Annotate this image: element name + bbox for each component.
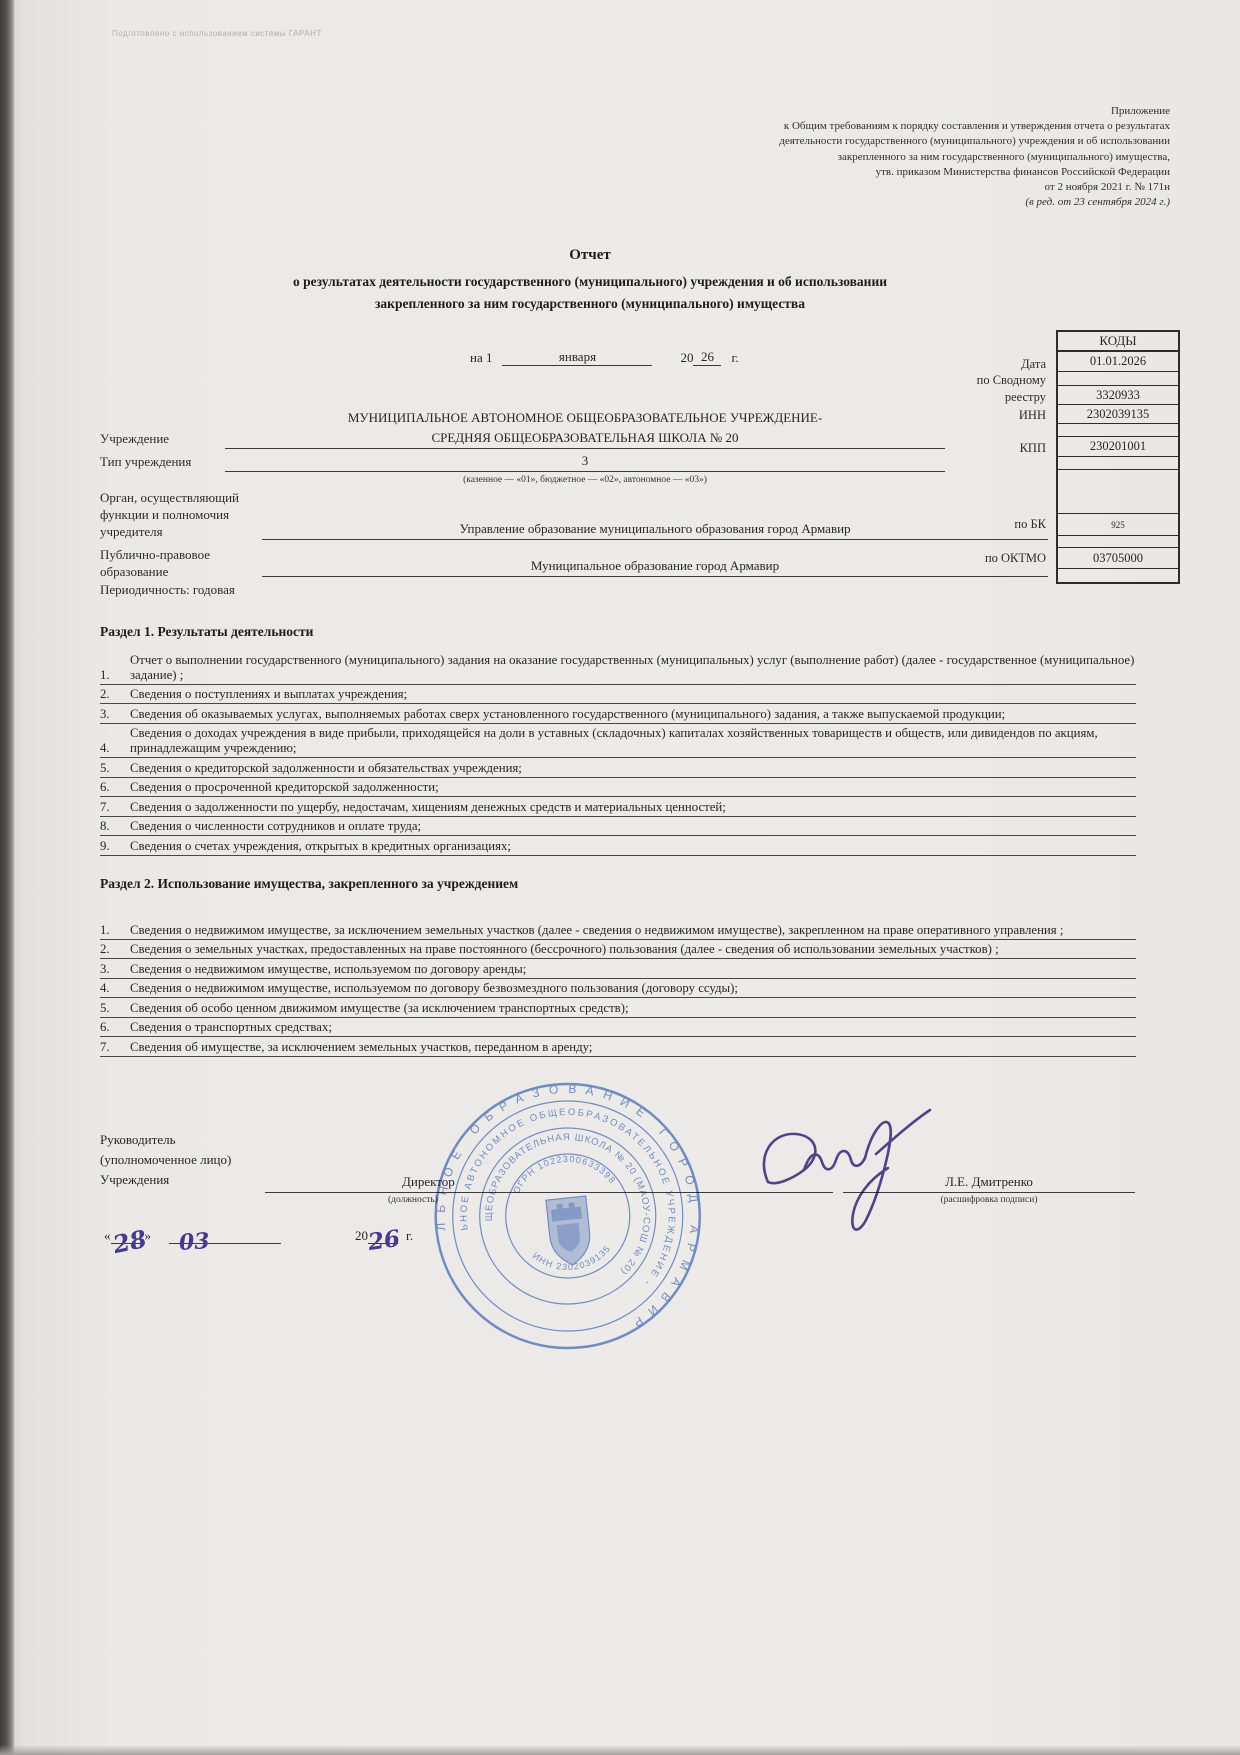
garant-system-note: Подготовлено с использованием системы ГА… <box>112 29 322 38</box>
institution-label: Учреждение <box>100 431 169 447</box>
appendix-line: деятельности государственного (муниципал… <box>779 134 1170 149</box>
stamp-coat-of-arms <box>546 1196 593 1267</box>
periodicity-note: Периодичность: годовая <box>100 582 235 598</box>
title-line-3: закрепленного за ним государственного (м… <box>90 293 1090 315</box>
signature-month-field: 03 <box>169 1243 281 1244</box>
list-item: 1.Сведения о недвижимом имуществе, за ис… <box>100 920 1136 940</box>
item-text: Сведения о просроченной кредиторской зад… <box>130 780 1136 795</box>
item-number: 7. <box>100 800 130 815</box>
codes-label-date: Дата <box>1021 357 1046 372</box>
codes-value-registry: 3320933 <box>1058 386 1178 405</box>
codes-empty-row <box>1058 569 1178 582</box>
signatory-role-line3: Учреждения <box>100 1170 169 1190</box>
list-item: 5.Сведения об особо ценном движимом имущ… <box>100 998 1136 1018</box>
appendix-edition-note: (в ред. от 23 сентября 2024 г.) <box>779 195 1170 210</box>
founder-value: Управление образование муниципального об… <box>262 521 1048 540</box>
item-number: 4. <box>100 981 130 996</box>
item-text: Сведения о земельных участках, предостав… <box>130 942 1136 957</box>
signature-date-row: « 28 » 03 20 26 г. <box>104 1228 413 1244</box>
institution-value-line1: МУНИЦИПАЛЬНОЕ АВТОНОМНОЕ ОБЩЕОБРАЗОВАТЕЛ… <box>225 410 945 426</box>
codes-empty-row <box>1058 372 1178 386</box>
scan-bottom-shadow <box>0 1745 1240 1755</box>
handwritten-signature <box>752 1104 942 1244</box>
codes-label-registry2: реестру <box>1005 390 1046 405</box>
report-date-line: на 1 января 20 26 г. <box>470 349 739 366</box>
date-prefix: на 1 <box>470 350 492 366</box>
codes-header: КОДЫ <box>1056 330 1180 352</box>
section2-heading: Раздел 2. Использование имущества, закре… <box>100 876 518 892</box>
appendix-block: Приложение к Общим требованиям к порядку… <box>779 104 1170 210</box>
list-item: 1.Отчет о выполнении государственного (м… <box>100 650 1136 685</box>
appendix-line: Приложение <box>779 104 1170 119</box>
signature-date-g: г. <box>406 1228 413 1244</box>
signature-stroke <box>876 1110 930 1154</box>
date-month: января <box>502 349 652 366</box>
signatory-role-line2: (уполномоченное лицо) <box>100 1150 231 1170</box>
item-number: 1. <box>100 923 130 938</box>
appendix-line: утв. приказом Министерства финансов Росс… <box>779 165 1170 180</box>
signature-year-field: 26 <box>368 1243 398 1244</box>
list-item: 4.Сведения о недвижимом имуществе, испол… <box>100 979 1136 999</box>
appendix-line: закрепленного за ним государственного (м… <box>779 150 1170 165</box>
item-text: Сведения о недвижимом имуществе, использ… <box>130 962 1136 977</box>
section2-list: 1.Сведения о недвижимом имуществе, за ис… <box>100 920 1136 1057</box>
signatory-role-line1: Руководитель <box>100 1130 176 1150</box>
codes-value-bk: 925 <box>1058 514 1178 536</box>
founder-label-line1: Орган, осуществляющий <box>100 490 239 506</box>
codes-value-kpp: 230201001 <box>1058 437 1178 457</box>
item-text: Сведения об имуществе, за исключением зе… <box>130 1040 1136 1055</box>
item-number: 7. <box>100 1040 130 1055</box>
handwritten-year: 26 <box>366 1225 401 1256</box>
signature-day-field: 28 <box>111 1243 145 1244</box>
list-item: 7.Сведения о задолженности по ущербу, не… <box>100 797 1136 817</box>
item-number: 5. <box>100 761 130 776</box>
list-item: 9.Сведения о счетах учреждения, открытых… <box>100 836 1136 856</box>
item-text: Сведения о кредиторской задолженности и … <box>130 761 1136 776</box>
date-g: г. <box>731 350 738 366</box>
item-number: 3. <box>100 962 130 977</box>
item-text: Сведения о поступлениях и выплатах учреж… <box>130 687 1136 702</box>
item-text: Сведения о доходах учреждения в виде при… <box>130 726 1136 756</box>
section1-list: 1.Отчет о выполнении государственного (м… <box>100 650 1136 856</box>
founder-label-line3: учредителя <box>100 524 163 540</box>
codes-value-oktmo: 03705000 <box>1058 548 1178 569</box>
list-item: 3.Сведения о недвижимом имуществе, испол… <box>100 959 1136 979</box>
item-number: 8. <box>100 819 130 834</box>
list-item: 3.Сведения об оказываемых услугах, выпол… <box>100 704 1136 724</box>
founder-label-line2: функции и полномочия <box>100 507 229 523</box>
item-number: 1. <box>100 668 130 683</box>
appendix-line: к Общим требованиям к порядку составлени… <box>779 119 1170 134</box>
item-text: Сведения о недвижимом имуществе, использ… <box>130 981 1136 996</box>
item-text: Сведения об особо ценном движимом имущес… <box>130 1001 1136 1016</box>
item-text: Сведения об оказываемых услугах, выполня… <box>130 707 1136 722</box>
list-item: 2.Сведения о земельных участках, предост… <box>100 940 1136 960</box>
codes-value-inn: 2302039135 <box>1058 405 1178 424</box>
item-number: 9. <box>100 839 130 854</box>
document-title: Отчет о результатах деятельности государ… <box>90 247 1090 315</box>
list-item: 6.Сведения о просроченной кредиторской з… <box>100 778 1136 798</box>
date-year: 26 <box>693 349 721 366</box>
list-item: 7.Сведения об имуществе, за исключением … <box>100 1037 1136 1057</box>
handwritten-day: 28 <box>110 1224 149 1259</box>
stamp-svg: МУНИЦИПАЛЬНОЕ ОБРАЗОВАНИЕ ГОРОД АРМАВИР … <box>416 1064 719 1367</box>
codes-label-inn: ИНН <box>1019 408 1046 423</box>
item-text: Сведения о задолженности по ущербу, недо… <box>130 800 1136 815</box>
list-item: 6.Сведения о транспортных средствах; <box>100 1018 1136 1038</box>
signature-stroke <box>852 1122 890 1230</box>
item-number: 2. <box>100 942 130 957</box>
item-text: Сведения о транспортных средствах; <box>130 1020 1136 1035</box>
codes-body: 01.01.2026 3320933 2302039135 230201001 … <box>1056 350 1180 584</box>
title-line-2: о результатах деятельности государственн… <box>90 271 1090 293</box>
item-number: 5. <box>100 1001 130 1016</box>
list-item: 8.Сведения о численности сотрудников и о… <box>100 817 1136 837</box>
date-century: 20 <box>680 350 693 366</box>
item-text: Сведения о численности сотрудников и опл… <box>130 819 1136 834</box>
institution-type-label: Тип учреждения <box>100 454 191 470</box>
codes-label-registry1: по Сводному <box>977 373 1046 388</box>
public-entity-label-line1: Публично-правовое <box>100 547 210 563</box>
handwritten-month: 03 <box>178 1228 210 1256</box>
item-number: 3. <box>100 707 130 722</box>
item-text: Отчет о выполнении государственного (мун… <box>130 653 1136 683</box>
codes-value-date: 01.01.2026 <box>1058 352 1178 372</box>
list-item: 2.Сведения о поступлениях и выплатах учр… <box>100 685 1136 705</box>
item-number: 4. <box>100 741 130 756</box>
codes-empty-row <box>1058 536 1178 548</box>
section1-heading: Раздел 1. Результаты деятельности <box>100 624 313 640</box>
item-number: 6. <box>100 780 130 795</box>
institution-value-line2: СРЕДНЯЯ ОБЩЕОБРАЗОВАТЕЛЬНАЯ ШКОЛА № 20 <box>225 430 945 449</box>
codes-empty-row <box>1058 457 1178 470</box>
institution-type-note: (казенное — «01», бюджетное — «02», авто… <box>225 475 945 485</box>
public-entity-value: Муниципальное образование город Армавир <box>262 558 1048 577</box>
title-line-1: Отчет <box>90 247 1090 264</box>
list-item: 4.Сведения о доходах учреждения в виде п… <box>100 724 1136 759</box>
codes-empty-row <box>1058 470 1178 514</box>
scanned-document-page: Подготовлено с использованием системы ГА… <box>0 0 1240 1755</box>
codes-table: КОДЫ 01.01.2026 3320933 2302039135 23020… <box>1056 330 1180 584</box>
institution-type-value: 3 <box>225 453 945 472</box>
signature-stroke <box>764 1134 815 1183</box>
item-text: Сведения о недвижимом имуществе, за искл… <box>130 923 1136 938</box>
codes-empty-row <box>1058 424 1178 437</box>
item-number: 2. <box>100 687 130 702</box>
public-entity-label-line2: образование <box>100 564 168 580</box>
official-stamp: МУНИЦИПАЛЬНОЕ ОБРАЗОВАНИЕ ГОРОД АРМАВИР … <box>416 1064 720 1372</box>
item-text: Сведения о счетах учреждения, открытых в… <box>130 839 1136 854</box>
item-number: 6. <box>100 1020 130 1035</box>
list-item: 5.Сведения о кредиторской задолженности … <box>100 758 1136 778</box>
appendix-line: от 2 ноября 2021 г. № 171н <box>779 180 1170 195</box>
scan-edge-shadow <box>0 0 15 1755</box>
codes-label-kpp: КПП <box>1020 441 1046 456</box>
